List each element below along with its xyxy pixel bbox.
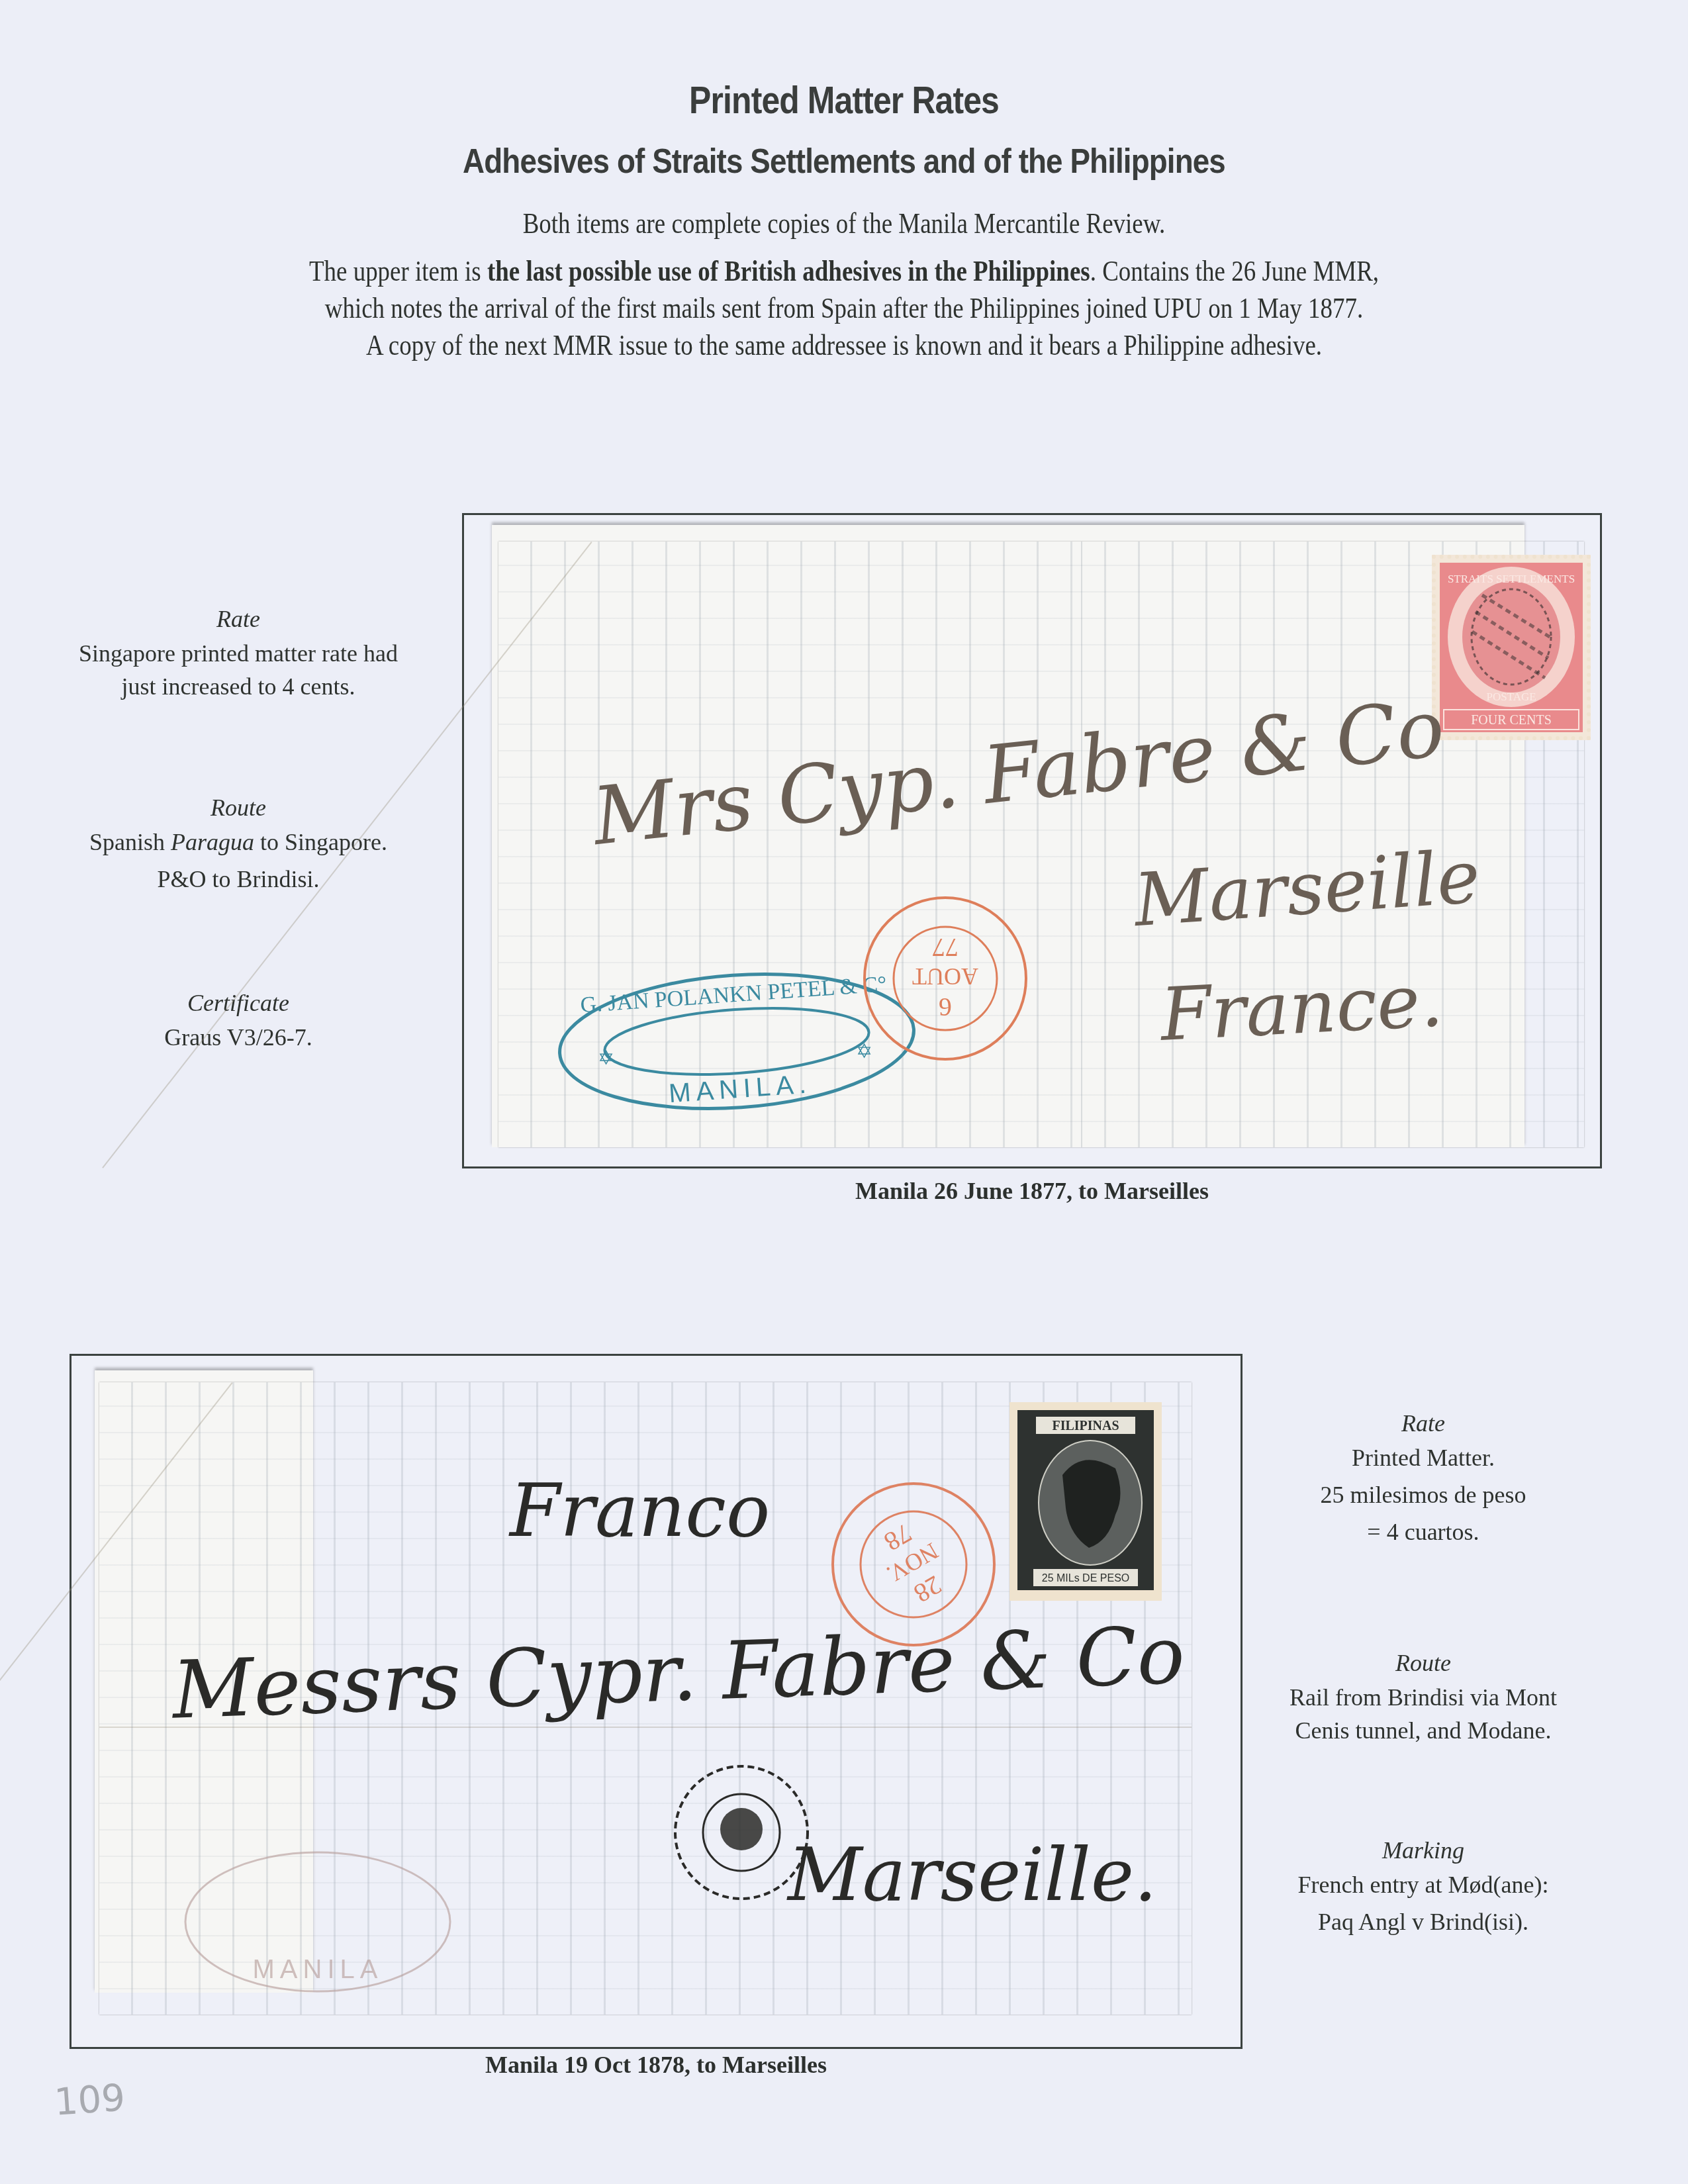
intro-text: The upper item is xyxy=(309,255,487,287)
svg-text:STRAITS SETTLEMENTS: STRAITS SETTLEMENTS xyxy=(1448,573,1575,585)
lower-caption: Manila 19 Oct 1878, to Marseilles xyxy=(70,2051,1243,2079)
king-alfonso-stamp-icon: FILIPINAS 25 MILs DE PESO xyxy=(1009,1402,1162,1601)
lower-marking-note: Marking French entry at Mød(ane): Paq An… xyxy=(1251,1834,1595,1938)
ship-name: Paragua xyxy=(171,829,254,855)
page-title: Printed Matter Rates xyxy=(118,78,1570,122)
franco-annotation: Franco xyxy=(510,1468,770,1553)
column-rule xyxy=(1081,542,1082,1147)
note-heading: Certificate xyxy=(66,986,410,1020)
address-line-1: Mrs Cyp. Fabre & Co xyxy=(588,683,1448,863)
upper-caption: Manila 26 June 1877, to Marseilles xyxy=(462,1177,1602,1205)
straits-stamp: FOUR CENTS STRAITS SETTLEMENTS POSTAGE xyxy=(1432,555,1591,740)
address-line-3: France. xyxy=(1158,958,1445,1057)
note-text: P&O to Brindisi. xyxy=(66,863,410,896)
lower-route-note: Route Rail from Brindisi via Mont Cenis … xyxy=(1251,1646,1595,1747)
note-heading: Marking xyxy=(1251,1834,1595,1867)
note-text: Printed Matter. xyxy=(1251,1441,1595,1474)
note-text: Cenis tunnel, and Modane. xyxy=(1251,1714,1595,1747)
note-heading: Rate xyxy=(66,602,410,636)
intro-text: . Contains the 26 June MMR, xyxy=(1090,255,1379,287)
note-text: to Singapore. xyxy=(254,829,387,855)
note-text: Spanish Paragua to Singapore. xyxy=(66,826,410,859)
note-heading: Rate xyxy=(1251,1407,1595,1440)
filipinas-stamp: FILIPINAS 25 MILs DE PESO xyxy=(1009,1402,1162,1601)
note-text: Singapore printed matter rate had xyxy=(66,637,410,670)
intro-line-2: The upper item is the last possible use … xyxy=(135,254,1553,288)
svg-text:FOUR CENTS: FOUR CENTS xyxy=(1471,713,1552,728)
lower-cover: FILIPINAS 25 MILs DE PESO 28 NOV. 78 Fra… xyxy=(99,1382,1192,2015)
note-heading: Route xyxy=(1251,1646,1595,1680)
address-line-2: Marseille. xyxy=(788,1832,1157,1917)
note-text: 25 milesimos de peso xyxy=(1251,1478,1595,1511)
upper-rate-note: Rate Singapore printed matter rate had j… xyxy=(66,602,410,703)
page-number: 109 xyxy=(53,2076,126,2124)
lower-rate-note: Rate Printed Matter. 25 milesimos de pes… xyxy=(1251,1407,1595,1548)
intro-line-1: Both items are complete copies of the Ma… xyxy=(135,207,1553,240)
intro-line-3: which notes the arrival of the first mai… xyxy=(135,291,1553,325)
svg-text:77: 77 xyxy=(932,933,959,963)
queen-victoria-stamp-icon: FOUR CENTS STRAITS SETTLEMENTS POSTAGE xyxy=(1436,559,1587,736)
black-circle-marking-icon xyxy=(662,1753,821,1912)
address-line-2: Marseille xyxy=(1131,834,1483,943)
note-heading: Route xyxy=(66,791,410,824)
note-text: Rail from Brindisi via Mont xyxy=(1251,1681,1595,1714)
upper-route-note: Route Spanish Paragua to Singapore. P&O … xyxy=(66,791,410,896)
svg-text:AOUT: AOUT xyxy=(912,963,978,990)
svg-text:25 MILs DE PESO: 25 MILs DE PESO xyxy=(1042,1573,1130,1584)
faint-cachet-icon: MANILA xyxy=(179,1846,457,1998)
page-subtitle: Adhesives of Straits Settlements and of … xyxy=(101,142,1587,181)
svg-text:POSTAGE: POSTAGE xyxy=(1486,690,1536,703)
svg-text:✡: ✡ xyxy=(598,1047,614,1069)
svg-text:6: 6 xyxy=(939,992,952,1022)
brindisi-postmark-icon: 6 AOUT 77 xyxy=(859,892,1031,1065)
intro-line-4: A copy of the next MMR issue to the same… xyxy=(135,328,1553,362)
svg-text:FILIPINAS: FILIPINAS xyxy=(1052,1419,1119,1433)
intro-emphasis: the last possible use of British adhesiv… xyxy=(487,255,1090,287)
note-text: Paq Angl v Brind(isi). xyxy=(1251,1905,1595,1938)
note-text: Spanish xyxy=(89,829,171,855)
upper-certificate-note: Certificate Graus V3/26-7. xyxy=(66,986,410,1054)
note-text: Graus V3/26-7. xyxy=(66,1021,410,1054)
note-text: French entry at Mød(ane): xyxy=(1251,1868,1595,1901)
note-text: just increased to 4 cents. xyxy=(66,670,410,703)
upper-cover-frame: FOUR CENTS STRAITS SETTLEMENTS POSTAGE M… xyxy=(462,513,1602,1168)
svg-text:MANILA: MANILA xyxy=(253,1955,383,1984)
note-text: = 4 cuartos. xyxy=(1251,1515,1595,1548)
lower-cover-frame: FILIPINAS 25 MILs DE PESO 28 NOV. 78 Fra… xyxy=(70,1354,1243,2049)
address-line-1: Messrs Cypr. Fabre & Co xyxy=(171,1609,1186,1736)
upper-cover: FOUR CENTS STRAITS SETTLEMENTS POSTAGE M… xyxy=(498,542,1584,1147)
